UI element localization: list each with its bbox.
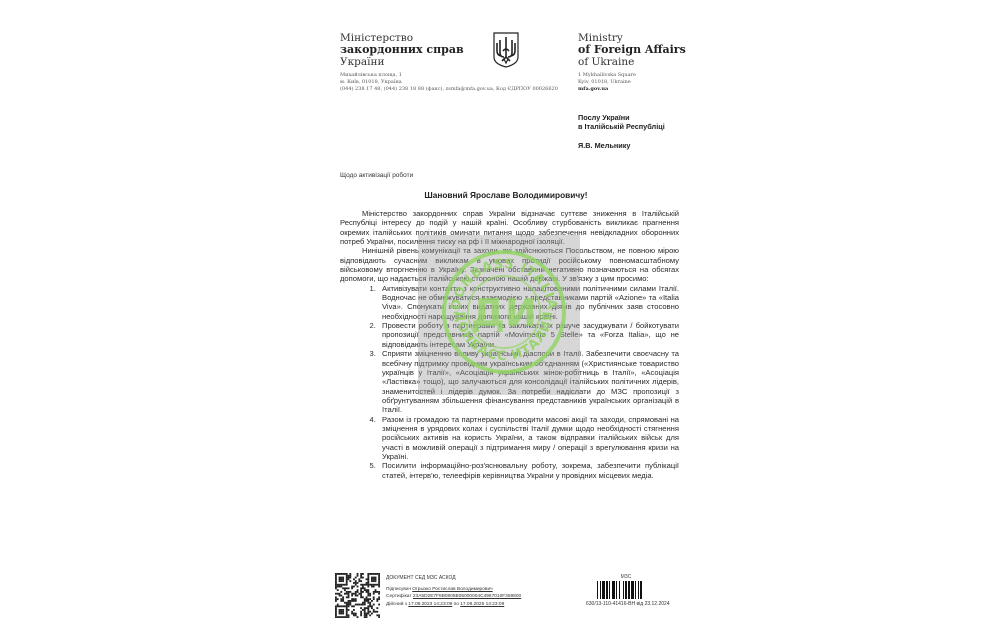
subject-line: Щодо активізації роботи <box>340 172 413 179</box>
letterhead-ua: Міністерство закордонних справ України М… <box>340 32 570 93</box>
body-paragraph: Міністерство закордонних справ України в… <box>340 209 679 246</box>
letterhead-en: Ministry of Foreign Affairs of Ukraine 1… <box>578 32 688 93</box>
address-ua-1: Михайлівська площа, 1 <box>340 72 570 79</box>
request-item: Провести роботу з партнерами та закликат… <box>378 321 679 349</box>
valid-label: Дійсний з <box>386 602 407 607</box>
request-item: Посилити інформаційно-роз'яснювальну роб… <box>378 461 679 480</box>
valid-from: 17.08.2023 14:23:09 <box>408 602 452 607</box>
signer-name: Огрызко Ростислав Володимирович <box>412 587 492 592</box>
cert-label: Сертифікат <box>386 594 412 599</box>
recipient-line1: Послу України <box>578 113 665 122</box>
request-item: Сприяти зміцненню впливу української діа… <box>378 349 679 414</box>
ukraine-trident-coat-of-arms-icon <box>492 31 520 69</box>
request-item: Разом із громадою та партнерами проводит… <box>378 415 679 462</box>
address-en-1: 1 Mykhailivska Square <box>578 72 688 79</box>
registration-barcode-block: МЗС 630/13-110-41416-ВН від 23.12.2024 <box>586 574 666 607</box>
salutation: Шановний Ярославе Володимировичу! <box>330 190 682 200</box>
signature-title: ДОКУМЕНТ СЕД МЗС АСКОД <box>386 575 521 582</box>
digital-signature-block: ДОКУМЕНТ СЕД МЗС АСКОД Підписувач Огрызк… <box>386 575 521 608</box>
registration-number: 630/13-110-41416-ВН від 23.12.2024 <box>586 601 666 607</box>
barcode-label: МЗС <box>586 574 666 580</box>
request-item: Активізувати контакти з конструктивно на… <box>378 284 679 321</box>
address-en-2: Kyiv, 01018, Ukraine <box>578 79 688 86</box>
barcode-icon <box>597 581 655 599</box>
cert-number: 23A5D2E7F8B0805B05000004C4967010F359800 <box>413 594 521 599</box>
address-ua-2: м. Київ, 01018, Україна <box>340 79 570 86</box>
body-paragraph: Нинішній рівень комунікації та заходи, я… <box>340 246 679 283</box>
recipient-name: Я.В. Мельнику <box>578 141 665 150</box>
letter-body: Міністерство закордонних справ України в… <box>340 209 679 480</box>
recipient-block: Послу України в Італійській Республіці Я… <box>578 113 665 150</box>
ministry-ua-line2: закордонних справ <box>340 44 570 56</box>
request-list: Активізувати контакти з конструктивно на… <box>340 284 679 480</box>
qr-code-icon <box>335 573 380 618</box>
address-ua-3: (044) 238 17 48, (044) 238 18 88 (факс),… <box>340 86 570 93</box>
ministry-en-line2: of Foreign Affairs <box>578 44 688 56</box>
valid-to-label: по <box>454 602 459 607</box>
ministry-en-line3: of Ukraine <box>578 56 688 68</box>
recipient-line2: в Італійській Республіці <box>578 122 665 131</box>
website-link[interactable]: mfa.gov.ua <box>578 86 688 93</box>
ministry-ua-line3: України <box>340 56 570 68</box>
valid-to: 17.08.2025 14:23:09 <box>460 602 504 607</box>
signer-label: Підписувач <box>386 587 411 592</box>
